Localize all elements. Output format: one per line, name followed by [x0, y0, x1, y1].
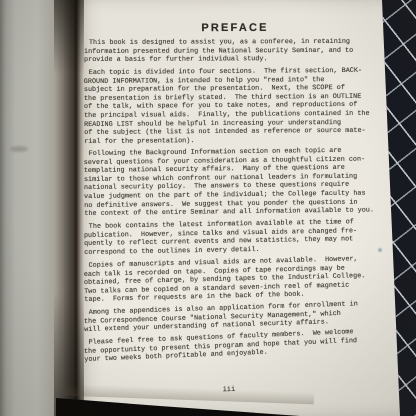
- preface-text-block: PREFACE This book is designed to assist …: [84, 24, 386, 369]
- book-gutter-vertical-shade: [54, 0, 84, 416]
- preface-paragraph: Copies of manuscripts and visual aids ar…: [83, 254, 386, 304]
- book-photo-scene: PREFACE This book is designed to assist …: [0, 0, 416, 416]
- preface-paragraph: This book is designed to assist you, as …: [84, 37, 386, 64]
- preface-paragraph: Following the Background Information sec…: [84, 146, 387, 218]
- preface-heading: PREFACE: [84, 23, 386, 33]
- preface-paragraph: Each topic is divided into four sections…: [84, 66, 387, 146]
- preface-paragraph: The book contains the latest information…: [84, 218, 387, 258]
- ink-speck: [377, 247, 383, 253]
